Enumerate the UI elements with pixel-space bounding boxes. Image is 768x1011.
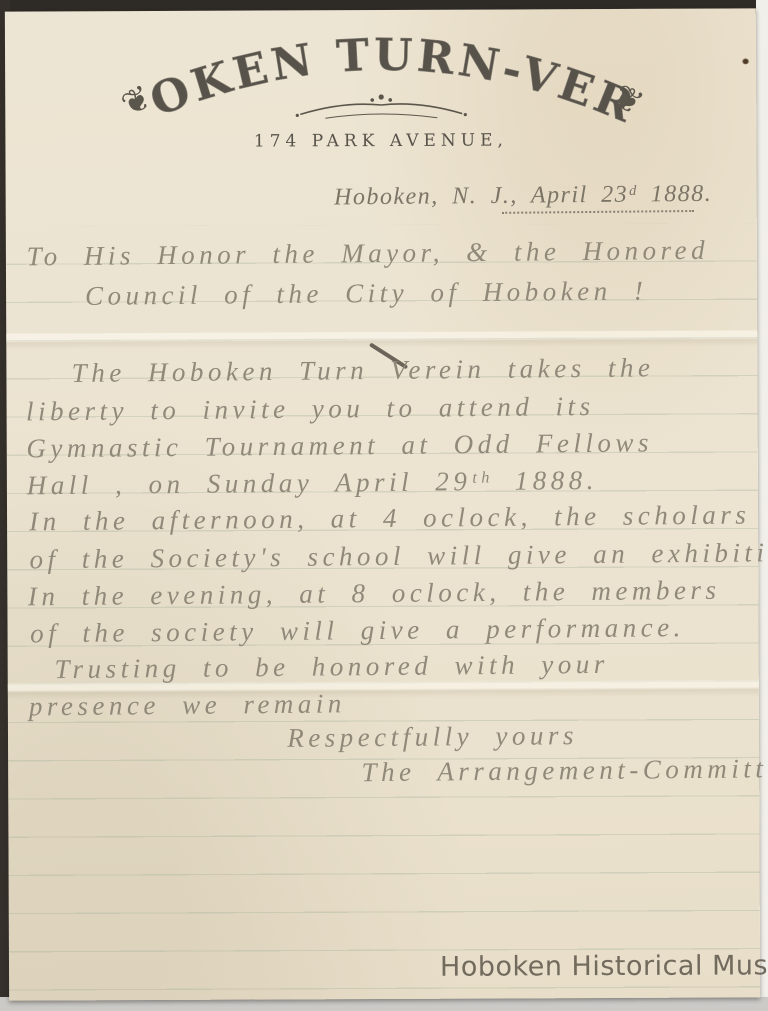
body-line: In the afternoon, at 4 oclock, the schol… bbox=[29, 501, 750, 535]
body-line: In the evening, at 8 oclock, the members bbox=[28, 577, 721, 611]
body-line: liberty to invite you to attend its bbox=[26, 393, 595, 425]
body-line: presence we remain bbox=[29, 690, 346, 720]
scanned-letter-image: HOBOKEN TURN-VEREIN ❦ ❦ 174 PARK AVENUE,… bbox=[0, 0, 768, 1011]
dateline-dotted-rule bbox=[502, 209, 694, 214]
dateline: Hoboken, N. J., April 23ᵈ 1888. bbox=[334, 182, 712, 210]
body-line: of the Society's school will give an exh… bbox=[29, 539, 768, 574]
salutation-line: To His Honor the Mayor, & the Honored bbox=[26, 237, 709, 271]
museum-watermark: Hoboken Historical Museum bbox=[440, 950, 768, 983]
handwriting-layer: Hoboken, N. J., April 23ᵈ 1888. To His H… bbox=[2, 6, 762, 1002]
closing-signature: The Arrangement-Committee. bbox=[361, 755, 768, 786]
letter-paper: HOBOKEN TURN-VEREIN ❦ ❦ 174 PARK AVENUE,… bbox=[5, 8, 760, 1000]
salutation-line: Council of the City of Hoboken ! bbox=[85, 277, 648, 309]
closing-signoff: Respectfully yours bbox=[287, 722, 578, 752]
body-line: Gymnastic Tournament at Odd Fellows bbox=[26, 429, 653, 462]
body-line: Hall , on Sunday April 29ᵗʰ 1888. bbox=[27, 467, 598, 499]
body-line: of the society will give a performance. bbox=[30, 614, 685, 647]
body-line: The Hoboken Turn Verein takes the bbox=[72, 354, 655, 387]
body-line: Trusting to be honored with your bbox=[54, 651, 609, 683]
